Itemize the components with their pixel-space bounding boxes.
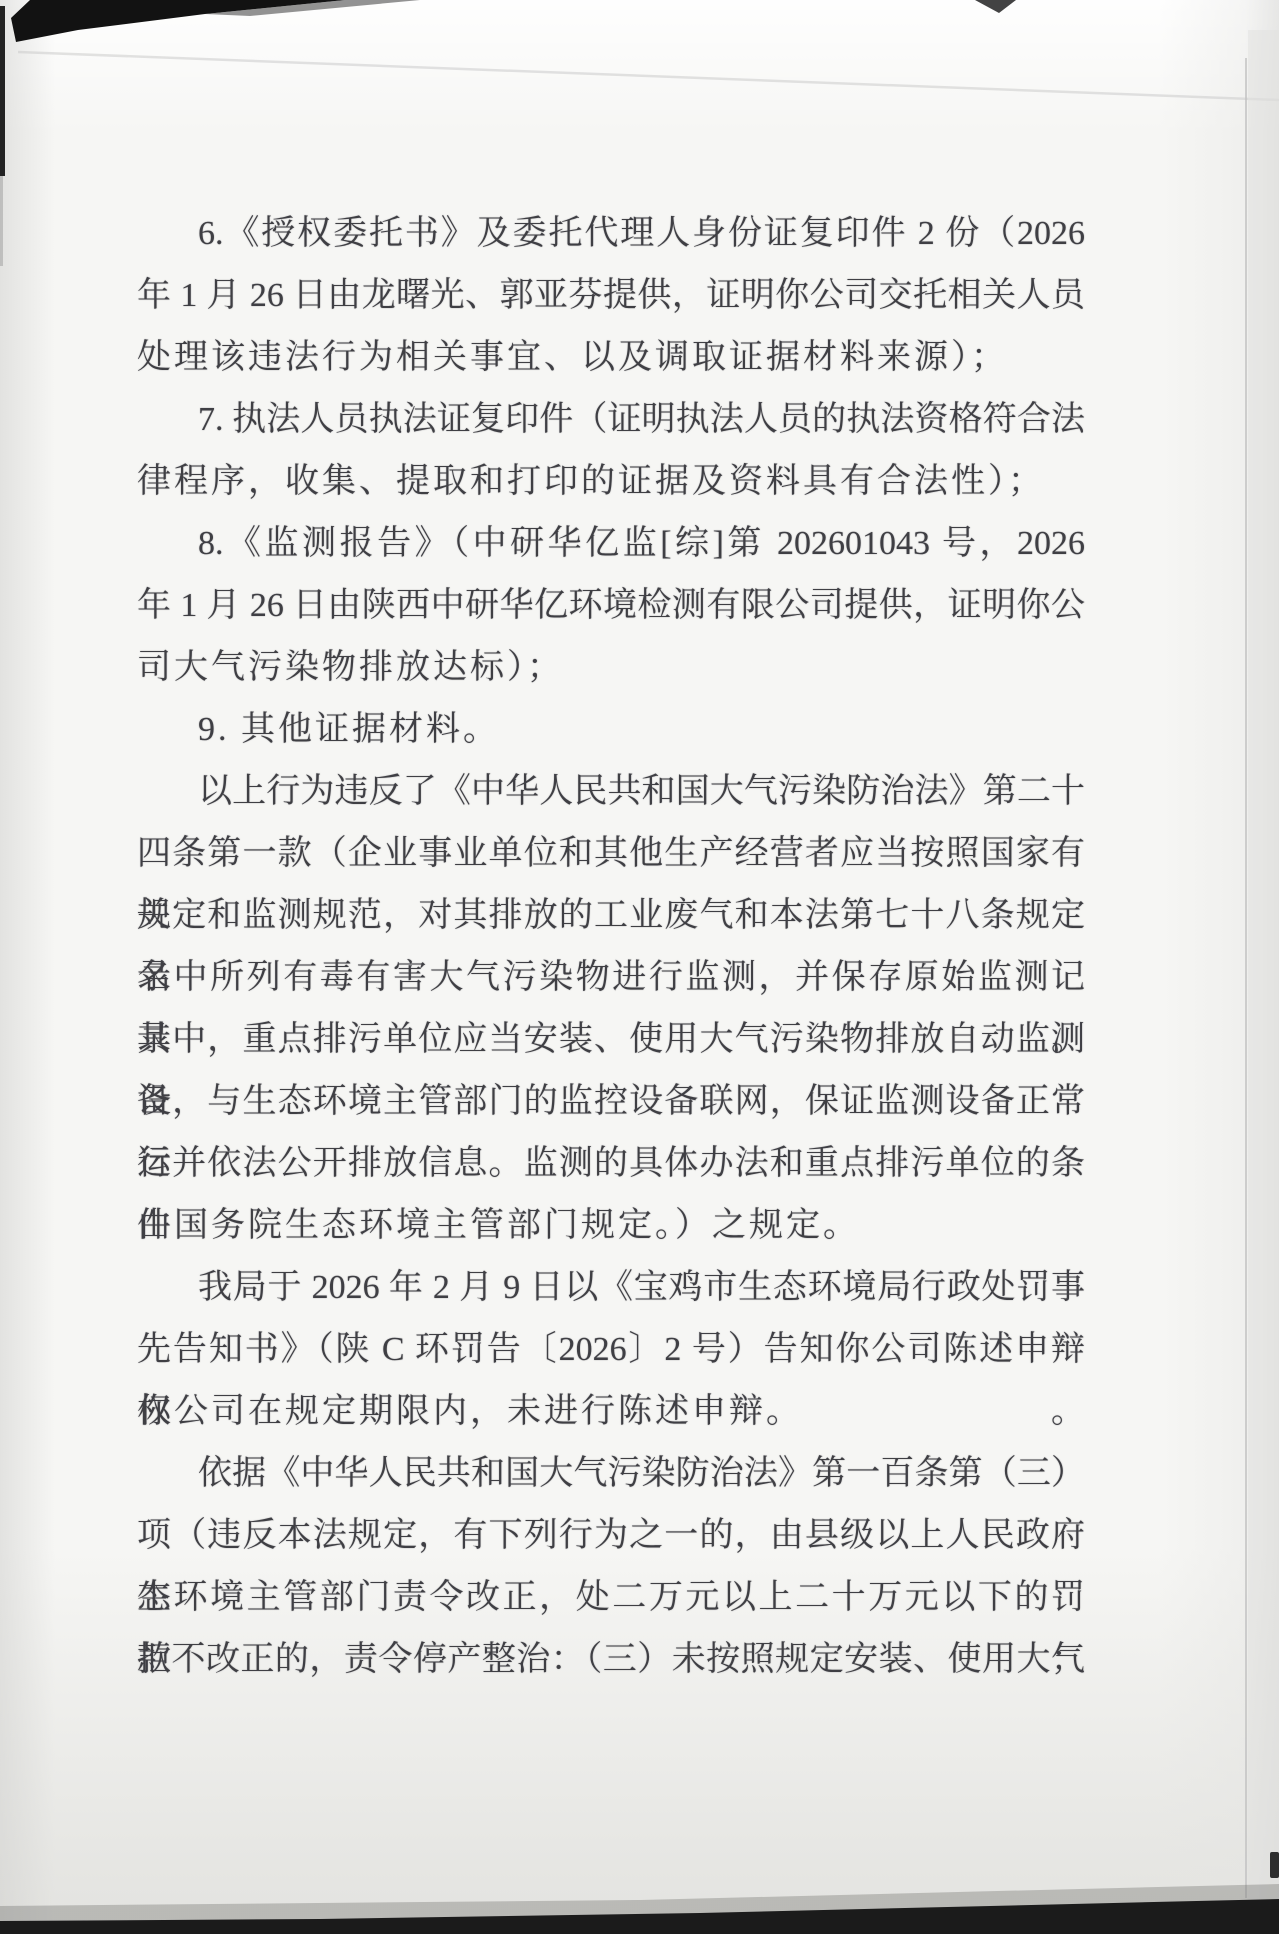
text-line: 年 1 月 26 日由龙曙光、郭亚芬提供，证明你公司交托相关人员 xyxy=(137,265,1085,327)
text-line: 以上行为违反了《中华人民共和国大气污染防治法》第二十 xyxy=(137,761,1085,823)
text-line: 先告知书》（陕 C 环罚告〔2026〕2 号）告知你公司陈述申辩权。 xyxy=(137,1319,1085,1381)
text-line: 项（违反本法规定，有下列行为之一的，由县级以上人民政府生 xyxy=(137,1505,1085,1567)
text-line: 备，与生态环境主管部门的监控设备联网，保证监测设备正常运 xyxy=(137,1071,1085,1133)
document-text: 6.《授权委托书》及委托代理人身份证复印件 2 份（2026年 1 月 26 日… xyxy=(137,203,1085,1691)
text-line: 由国务院生态环境主管部门规定。）之规定。 xyxy=(137,1195,1085,1257)
text-line: 行并依法公开排放信息。监测的具体办法和重点排污单位的条件 xyxy=(137,1133,1085,1195)
text-line: 其中，重点排污单位应当安装、使用大气污染物排放自动监测设 xyxy=(137,1009,1085,1071)
text-line: 我局于 2026 年 2 月 9 日以《宝鸡市生态环境局行政处罚事 xyxy=(137,1257,1085,1319)
text-line: 司大气污染物排放达标）； xyxy=(137,637,1085,699)
text-line: 处理该违法行为相关事宜、以及调取证据材料来源）； xyxy=(137,327,1085,389)
text-line: 态环境主管部门责令改正，处二万元以上二十万元以下的罚款； xyxy=(137,1567,1085,1629)
text-line: 8.《监测报告》（中研华亿监[综]第 202601043 号，2026 xyxy=(137,513,1085,575)
text-line: 6.《授权委托书》及委托代理人身份证复印件 2 份（2026 xyxy=(137,203,1085,265)
text-line: 7. 执法人员执法证复印件（证明执法人员的执法资格符合法 xyxy=(137,389,1085,451)
text-line: 律程序，收集、提取和打印的证据及资料具有合法性）； xyxy=(137,451,1085,513)
text-line: 规定和监测规范，对其排放的工业废气和本法第七十八条规定名 xyxy=(137,885,1085,947)
text-line: 9. 其他证据材料。 xyxy=(137,699,1085,761)
photo-background: { "colors":{ "background":"#141414", "pa… xyxy=(0,0,1279,1934)
text-line: 四条第一款（企业事业单位和其他生产经营者应当按照国家有关 xyxy=(137,823,1085,885)
text-line: 拒不改正的，责令停产整治：（三）未按照规定安装、使用大气 xyxy=(137,1629,1085,1691)
text-line: 年 1 月 26 日由陕西中研华亿环境检测有限公司提供，证明你公 xyxy=(137,575,1085,637)
text-line: 依据《中华人民共和国大气污染防治法》第一百条第（三） xyxy=(137,1443,1085,1505)
text-line: 录中所列有毒有害大气污染物进行监测，并保存原始监测记录。 xyxy=(137,947,1085,1009)
